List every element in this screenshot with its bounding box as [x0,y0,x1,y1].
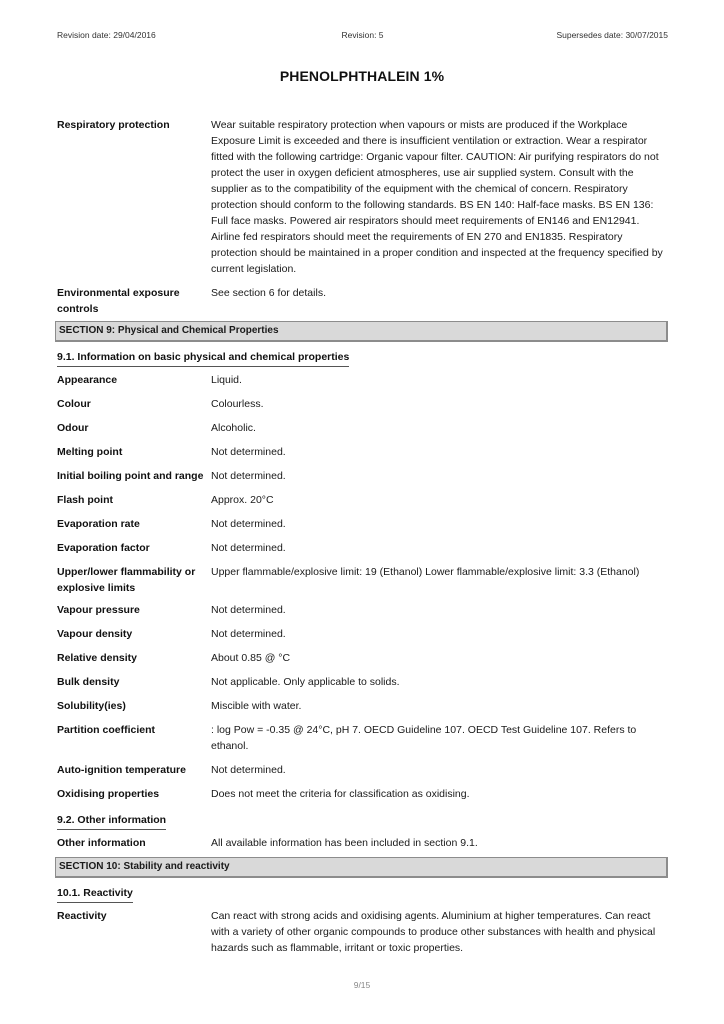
property-label: Melting point [57,444,211,460]
property-row: Evaporation rateNot determined. [57,516,669,532]
property-label: Solubility(ies) [57,698,211,714]
property-label: Colour [57,396,211,412]
property-row: Vapour densityNot determined. [57,626,669,642]
property-value: Colourless. [211,396,669,412]
page-number: 9/15 [0,980,724,990]
property-value: About 0.85 @ °C [211,650,669,666]
property-label: Odour [57,420,211,436]
property-row: Oxidising propertiesDoes not meet the cr… [57,786,669,802]
property-label: Auto-ignition temperature [57,762,211,778]
property-row: Other information All available informat… [57,835,669,851]
property-row: Auto-ignition temperatureNot determined. [57,762,669,778]
property-row: ColourColourless. [57,396,669,412]
subsection-9-2-heading: 9.2. Other information [57,813,166,830]
property-value: Not determined. [211,602,669,618]
property-value: Miscible with water. [211,698,669,714]
property-row: Reactivity Can react with strong acids a… [57,908,669,956]
property-value: Not determined. [211,626,669,642]
property-value: Not determined. [211,468,669,484]
property-value: Not applicable. Only applicable to solid… [211,674,669,690]
property-value: Upper flammable/explosive limit: 19 (Eth… [211,564,669,596]
property-value: Alcoholic. [211,420,669,436]
property-value: Not determined. [211,762,669,778]
property-value: Approx. 20°C [211,492,669,508]
properties-list: AppearanceLiquid.ColourColourless.OdourA… [57,372,669,802]
property-row: OdourAlcoholic. [57,420,669,436]
property-label: Initial boiling point and range [57,468,211,484]
property-row: Evaporation factorNot determined. [57,540,669,556]
property-label: Partition coefficient [57,722,211,754]
property-row: Flash pointApprox. 20°C [57,492,669,508]
property-label: Vapour pressure [57,602,211,618]
property-label: Evaporation rate [57,516,211,532]
property-row: Respiratory protection Wear suitable res… [57,117,669,277]
property-row: Solubility(ies)Miscible with water. [57,698,669,714]
property-value: Not determined. [211,540,669,556]
property-value: All available information has been inclu… [211,835,669,851]
supersedes-date: Supersedes date: 30/07/2015 [556,30,668,40]
property-label: Environmental exposure controls [57,285,187,317]
property-row: Partition coefficient: log Pow = -0.35 @… [57,722,669,754]
property-label: Relative density [57,650,211,666]
property-value: Does not meet the criteria for classific… [211,786,669,802]
subsection-9-1-heading: 9.1. Information on basic physical and c… [57,350,349,367]
property-value: Not determined. [211,444,669,460]
property-label: Respiratory protection [57,117,211,277]
property-label: Flash point [57,492,211,508]
property-label: Oxidising properties [57,786,211,802]
property-row: Vapour pressureNot determined. [57,602,669,618]
property-label: Bulk density [57,674,211,690]
document-title: PHENOLPHTHALEIN 1% [0,68,724,84]
property-value: : log Pow = -0.35 @ 24°C, pH 7. OECD Gui… [211,722,669,754]
property-label: Vapour density [57,626,211,642]
property-row: Bulk densityNot applicable. Only applica… [57,674,669,690]
property-label: Reactivity [57,908,211,956]
section-10-header: SECTION 10: Stability and reactivity [55,857,668,878]
property-row: Initial boiling point and rangeNot deter… [57,468,669,484]
property-value: Can react with strong acids and oxidisin… [211,908,666,956]
property-value: Wear suitable respiratory protection whe… [211,117,666,277]
property-value: Liquid. [211,372,669,388]
document-body: Respiratory protection Wear suitable res… [57,117,669,956]
property-label: Evaporation factor [57,540,211,556]
property-row: Relative densityAbout 0.85 @ °C [57,650,669,666]
property-label: Other information [57,835,211,851]
property-value: See section 6 for details. [211,285,666,317]
property-row: AppearanceLiquid. [57,372,669,388]
property-label: Appearance [57,372,211,388]
property-label: Upper/lower flammability or explosive li… [57,564,197,596]
subsection-10-1-heading: 10.1. Reactivity [57,886,133,903]
property-value: Not determined. [211,516,669,532]
property-row: Melting pointNot determined. [57,444,669,460]
section-9-header: SECTION 9: Physical and Chemical Propert… [55,321,668,342]
property-row: Upper/lower flammability or explosive li… [57,564,669,596]
property-row: Environmental exposure controls See sect… [57,285,669,317]
